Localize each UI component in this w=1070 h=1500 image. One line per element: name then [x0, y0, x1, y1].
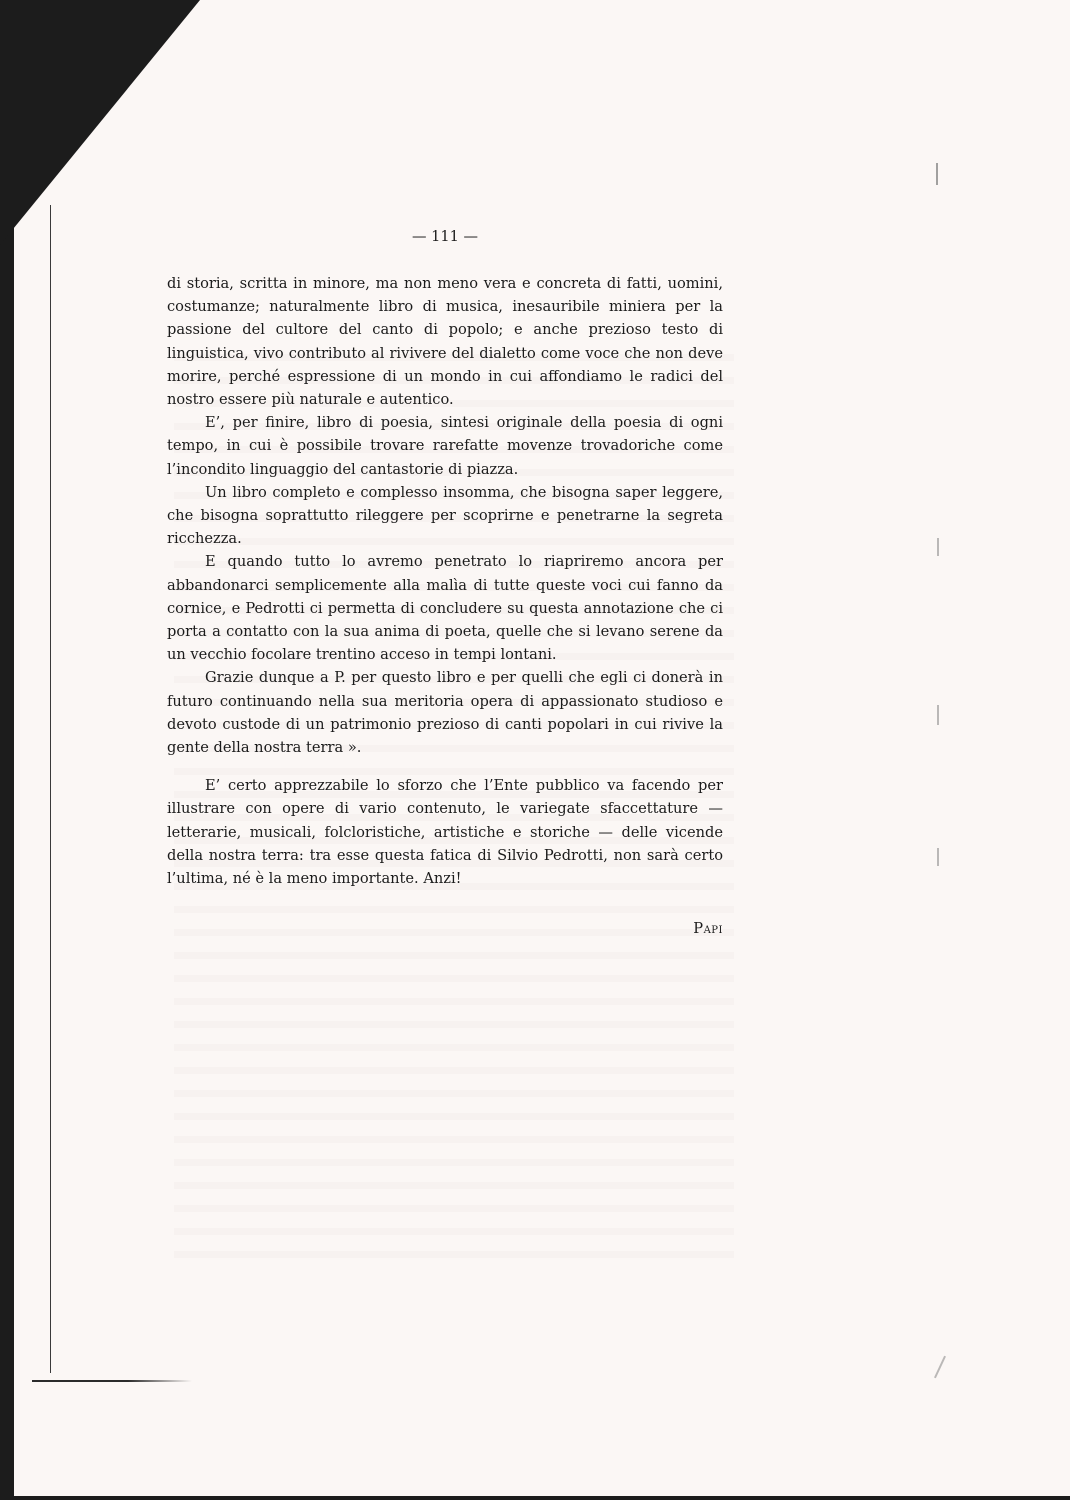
author-signature: Papi: [560, 920, 723, 937]
scan-margin-line: [50, 205, 51, 1373]
scan-mark: [934, 1356, 946, 1379]
paragraph: E’, per finire, libro di poesia, sintesi…: [167, 411, 723, 481]
scan-background-bottom: [0, 1496, 1070, 1500]
scan-mark: [937, 538, 939, 556]
scan-mark: [937, 705, 939, 725]
page-number: — 111 —: [160, 229, 730, 245]
paragraph: Grazie dunque a P. per questo libro e pe…: [167, 666, 723, 759]
paragraph: Un libro completo e complesso insomma, c…: [167, 481, 723, 551]
body-text: di storia, scritta in minore, ma non men…: [167, 272, 723, 890]
scan-mark: [937, 848, 939, 866]
scan-mark: [936, 163, 938, 185]
paragraph: E’ certo apprezzabile lo sforzo che l’En…: [167, 774, 723, 890]
paragraph: E quando tutto lo avremo penetrato lo ri…: [167, 550, 723, 666]
scan-folded-corner: [0, 0, 200, 245]
paragraph: di storia, scritta in minore, ma non men…: [167, 272, 723, 411]
scan-bottom-line: [32, 1380, 192, 1382]
